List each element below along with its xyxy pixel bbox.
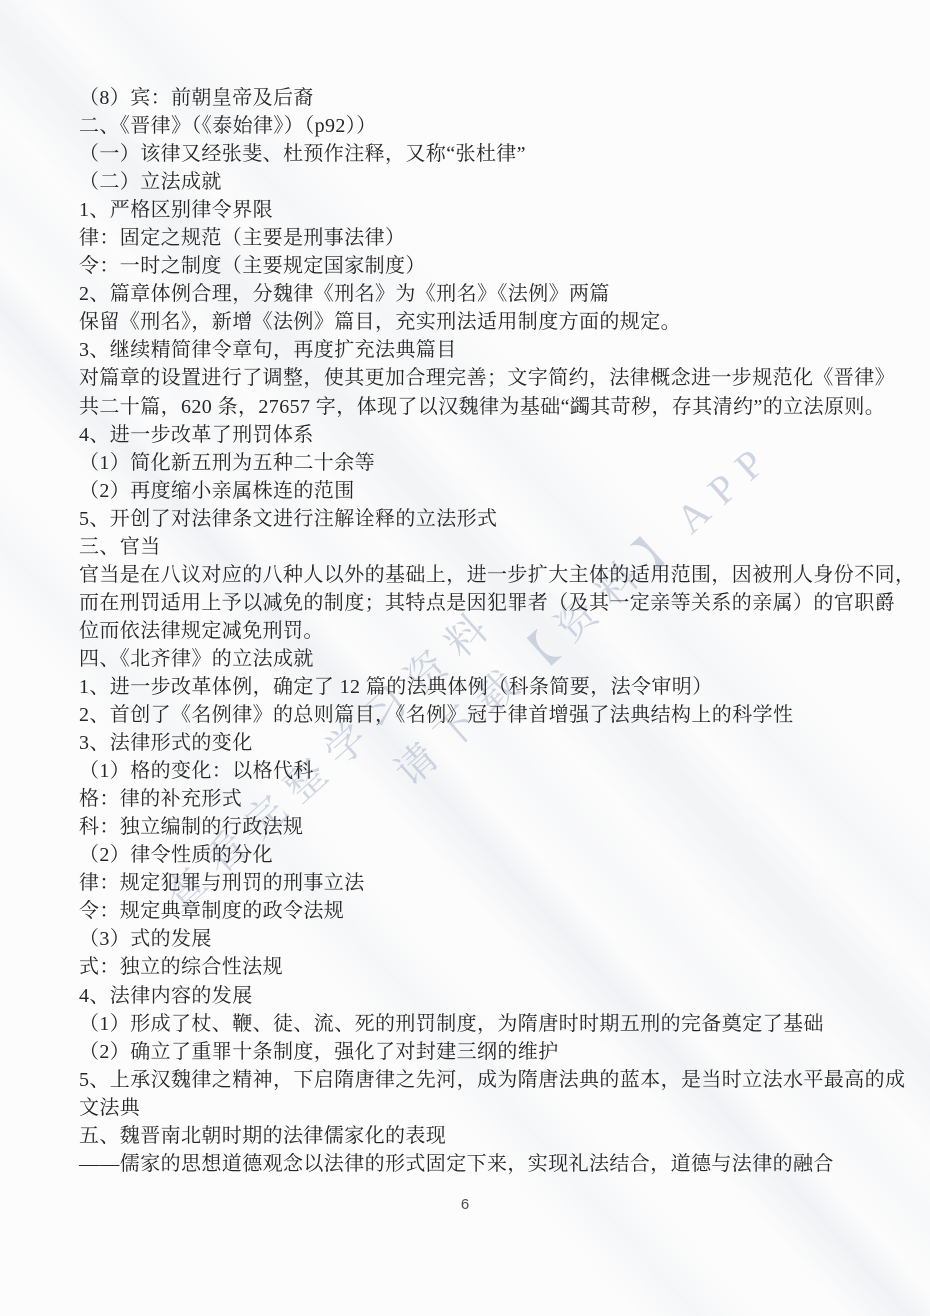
text-line: 3、继续精简律令章句，再度扩充法典篇目 <box>79 336 851 364</box>
page-number: 6 <box>0 1196 930 1213</box>
text-line: （1）形成了杖、鞭、徒、流、死的刑罚制度，为隋唐时时期五刑的完备奠定了基础 <box>79 1010 851 1038</box>
text-line: （8）宾：前朝皇帝及后裔 <box>79 84 851 112</box>
text-line: 保留《刑名》，新增《法例》篇目，充实刑法适用制度方面的规定。 <box>79 308 851 336</box>
document-page: 查看完整学习资料 请下载【资料】APP （8）宾：前朝皇帝及后裔二、《晋律》（《… <box>0 0 930 1316</box>
text-line: （2）律令性质的分化 <box>79 841 851 869</box>
text-line: 4、法律内容的发展 <box>79 982 851 1010</box>
text-line: 科：独立编制的行政法规 <box>79 813 851 841</box>
text-line: （2）确立了重罪十条制度，强化了对封建三纲的维护 <box>79 1038 851 1066</box>
text-line: 三、官当 <box>79 533 851 561</box>
text-line: 式：独立的综合性法规 <box>79 953 851 981</box>
text-line: 而在刑罚适用上予以减免的制度；其特点是因犯罪者（及其一定亲等关系的亲属）的官职爵 <box>79 589 851 617</box>
text-line: 律：规定犯罪与刑罚的刑事立法 <box>79 869 851 897</box>
text-line: （1）格的变化：以格代科 <box>79 757 851 785</box>
text-line: 令：规定典章制度的政令法规 <box>79 897 851 925</box>
text-line: 2、首创了《名例律》的总则篇目，《名例》冠于律首增强了法典结构上的科学性 <box>79 701 851 729</box>
text-line: 律：固定之规范（主要是刑事法律） <box>79 224 851 252</box>
text-line: 令：一时之制度（主要规定国家制度） <box>79 252 851 280</box>
text-line: 共二十篇，620 条，27657 字，体现了以汉魏律为基础“蠲其苛秽，存其清约”… <box>79 393 851 421</box>
text-line: 1、进一步改革体例，确定了 12 篇的法典体例（科条简要，法令审明） <box>79 673 851 701</box>
text-line: 3、法律形式的变化 <box>79 729 851 757</box>
text-line: 格：律的补充形式 <box>79 785 851 813</box>
text-line: 对篇章的设置进行了调整，使其更加合理完善；文字简约，法律概念进一步规范化《晋律》 <box>79 364 851 392</box>
text-line: （二）立法成就 <box>79 168 851 196</box>
text-line: 四、《北齐律》的立法成就 <box>79 645 851 673</box>
text-line: 5、上承汉魏律之精神，下启隋唐律之先河，成为隋唐法典的蓝本，是当时立法水平最高的… <box>79 1066 851 1094</box>
document-body: （8）宾：前朝皇帝及后裔二、《晋律》（《泰始律》）（p92））（一）该律又经张斐… <box>79 84 851 1178</box>
text-line: 文法典 <box>79 1094 851 1122</box>
text-line: 二、《晋律》（《泰始律》）（p92）） <box>79 112 851 140</box>
text-line: 2、篇章体例合理，分魏律《刑名》为《刑名》《法例》两篇 <box>79 280 851 308</box>
text-line: 官当是在八议对应的八种人以外的基础上，进一步扩大主体的适用范围，因被刑人身份不同… <box>79 561 851 589</box>
text-line: 位而依法律规定减免刑罚。 <box>79 617 851 645</box>
text-line: （2）再度缩小亲属株连的范围 <box>79 477 851 505</box>
text-line: （一）该律又经张斐、杜预作注释，又称“张杜律” <box>79 140 851 168</box>
text-line: 1、严格区别律令界限 <box>79 196 851 224</box>
text-line: 五、魏晋南北朝时期的法律儒家化的表现 <box>79 1122 851 1150</box>
text-line: （1）简化新五刑为五种二十余等 <box>79 449 851 477</box>
text-line: 4、进一步改革了刑罚体系 <box>79 421 851 449</box>
text-line: 5、开创了对法律条文进行注解诠释的立法形式 <box>79 505 851 533</box>
text-line: ——儒家的思想道德观念以法律的形式固定下来，实现礼法结合，道德与法律的融合 <box>79 1150 851 1178</box>
text-line: （3）式的发展 <box>79 925 851 953</box>
